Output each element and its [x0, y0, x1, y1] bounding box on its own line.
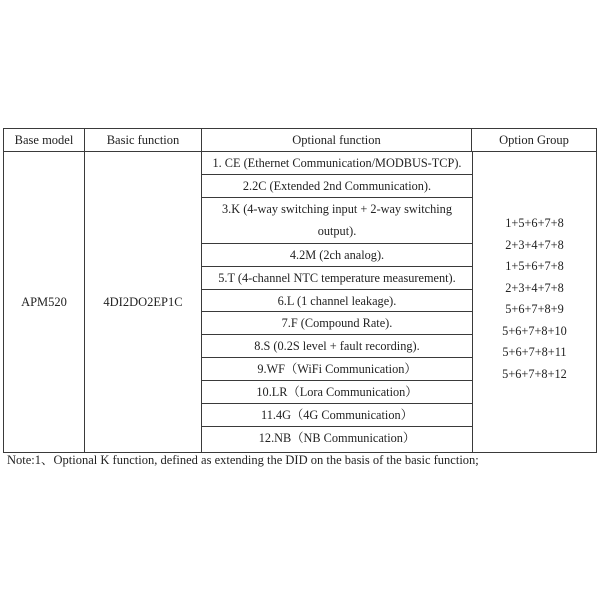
optional-function-item: 10.LR（Lora Communication） [202, 381, 472, 404]
option-group-cell: 1+5+6+7+82+3+4+7+81+5+6+7+82+3+4+7+85+6+… [473, 152, 596, 452]
base-model-cell: APM520 [4, 152, 85, 452]
optional-function-item: 7.F (Compound Rate). [202, 312, 472, 335]
document-page: Base model Basic function Optional funct… [0, 0, 600, 600]
optional-function-item: 11.4G（4G Communication） [202, 404, 472, 427]
optional-function-item: 4.2M (2ch analog). [202, 244, 472, 267]
spec-table: Base model Basic function Optional funct… [3, 128, 597, 453]
optional-function-item: 8.S (0.2S level + fault recording). [202, 335, 472, 358]
optional-function-item: 12.NB（NB Communication） [202, 427, 472, 450]
optional-function-item: 9.WF（WiFi Communication） [202, 358, 472, 381]
option-group-item: 5+6+7+8+11 [502, 342, 566, 364]
footnote: Note:1、Optional K function, defined as e… [7, 452, 479, 468]
option-group-item: 5+6+7+8+9 [505, 299, 563, 321]
header-basic-function: Basic function [85, 129, 202, 151]
optional-function-item: 3.K (4-way switching input + 2-way switc… [202, 198, 472, 244]
header-option-group: Option Group [472, 129, 596, 151]
option-group-item: 1+5+6+7+8 [505, 213, 563, 235]
optional-function-item: 2.2C (Extended 2nd Communication). [202, 175, 472, 198]
optional-function-list: 1. CE (Ethernet Communication/MODBUS-TCP… [202, 152, 473, 452]
optional-function-item: 1. CE (Ethernet Communication/MODBUS-TCP… [202, 152, 472, 175]
option-group-item: 2+3+4+7+8 [505, 235, 563, 257]
option-group-item: 5+6+7+8+12 [502, 364, 567, 386]
option-group-item: 2+3+4+7+8 [505, 278, 563, 300]
option-group-item: 1+5+6+7+8 [505, 256, 563, 278]
optional-function-item: 5.T (4-channel NTC temperature measureme… [202, 267, 472, 290]
header-optional-function: Optional function [202, 129, 472, 151]
header-base-model: Base model [4, 129, 85, 151]
table-header-row: Base model Basic function Optional funct… [4, 129, 596, 152]
option-group-list: 1+5+6+7+82+3+4+7+81+5+6+7+82+3+4+7+85+6+… [473, 152, 596, 452]
option-group-item: 5+6+7+8+10 [502, 321, 567, 343]
basic-function-cell: 4DI2DO2EP1C [85, 152, 202, 452]
table-body-row: APM520 4DI2DO2EP1C 1. CE (Ethernet Commu… [4, 152, 596, 452]
optional-function-item: 6.L (1 channel leakage). [202, 290, 472, 313]
